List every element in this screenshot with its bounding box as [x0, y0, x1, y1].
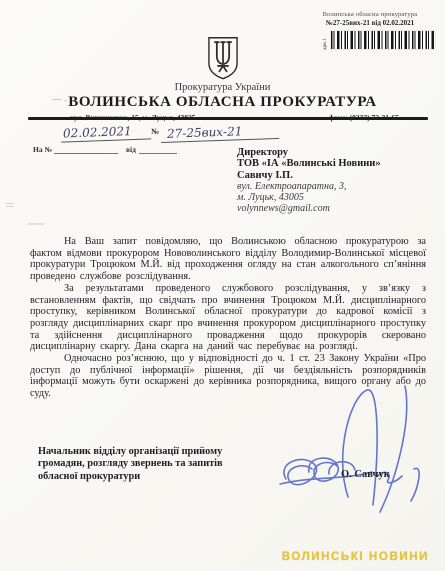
na-no-blank [54, 146, 118, 154]
org-name-title: ВОЛИНСЬКА ОБЛАСНА ПРОКУРАТУРА [0, 94, 445, 111]
number-sign: № [151, 127, 159, 136]
stamp-number: №27-25вих-21 від 02.02.2021 [304, 19, 436, 27]
scan-artifact [28, 223, 44, 225]
vid-label: від [126, 145, 136, 154]
scan-artifact [52, 99, 61, 100]
signature-scribble-icon [268, 383, 445, 515]
scan-artifact [6, 206, 14, 207]
signatory-name: О. Савчук [341, 469, 390, 480]
letterhead: Прокуратура України ВОЛИНСЬКА ОБЛАСНА ПР… [0, 36, 445, 122]
signatory-title-line: Начальник відділу організації прийому [38, 446, 223, 458]
recipient-city: м. Луцьк, 43005 [237, 192, 381, 203]
body-paragraph-2: За результатами проведеного службового р… [30, 283, 426, 353]
outgoing-date-handwritten: 02.02.2021 [61, 123, 152, 142]
recipient-street: вул. Електроапаратна, 3, [237, 181, 381, 192]
scanned-letter: Волинська обласна прокуратура №27-25вих-… [0, 0, 445, 571]
recipient-company: ТОВ «ІА «Волинські Новини» [237, 158, 381, 169]
recipient-position: Директору [237, 147, 381, 158]
scan-artifact [6, 203, 14, 204]
scan-artifact [64, 100, 67, 101]
signatory-title-line: обласної прокуратури [38, 471, 223, 483]
header-divider [28, 117, 428, 120]
recipient-email: volynnews@gmail.com [237, 203, 381, 214]
signatory-title-line: громадян, розгляду звернень та запитів [38, 458, 223, 470]
outgoing-ref-line: 02.02.2021№27-25вих-21 [33, 123, 279, 141]
stamp-org-name: Волинська обласна прокуратура [304, 11, 436, 18]
outgoing-number-handwritten: 27-25вих-21 [161, 123, 279, 143]
recipient-block: Директору ТОВ «ІА «Волинські Новини» Сав… [237, 147, 381, 215]
letter-body: На Ваш запит повідомляю, що Волинською о… [30, 236, 426, 400]
body-paragraph-1: На Ваш запит повідомляю, що Волинською о… [30, 236, 426, 283]
vid-blank [139, 146, 177, 154]
org-parent-name: Прокуратура України [0, 82, 445, 93]
na-no-label: На № [33, 145, 52, 154]
coat-of-arms-icon [205, 36, 241, 80]
recipient-name: Савичу І.П. [237, 170, 381, 181]
signatory-title: Начальник відділу організації прийому гр… [38, 446, 223, 483]
news-watermark: ВОЛИНСЬКІ НОВИНИ [282, 551, 429, 563]
